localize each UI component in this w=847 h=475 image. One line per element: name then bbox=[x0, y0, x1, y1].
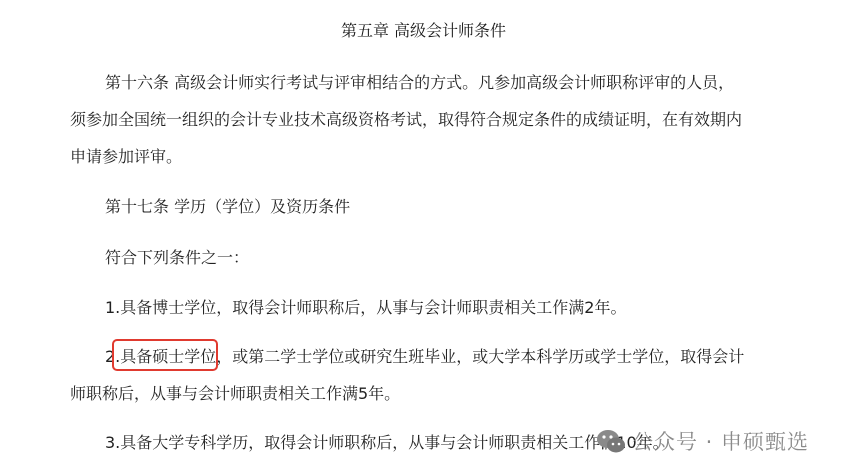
article-16-line-2: 须参加全国统一组织的会计专业技术高级资格考试，取得符合规定条件的成绩证明，在有效… bbox=[70, 109, 750, 131]
article-16-line-1: 第十六条 高级会计师实行考试与评审相结合的方式。凡参加高级会计师职称评审的人员， bbox=[105, 72, 785, 94]
condition-item-1: 1.具备博士学位，取得会计师职称后，从事与会计师职责相关工作满2年。 bbox=[105, 297, 785, 319]
watermark-text: 公众号 · 申硕甄选 bbox=[632, 426, 809, 456]
condition-item-2-cont: 师职称后，从事与会计师职责相关工作满5年。 bbox=[70, 383, 750, 405]
document-page: 第五章 高级会计师条件 第十六条 高级会计师实行考试与评审相结合的方式。凡参加高… bbox=[0, 0, 847, 475]
watermark: 公众号 · 申硕甄选 bbox=[596, 424, 809, 458]
article-17-heading: 第十七条 学历（学位）及资历条件 bbox=[105, 196, 785, 218]
article-16-cont: 须参加全国统一组织的会计专业技术高级资格考试，取得符合规定条件的成绩证明，在有效… bbox=[70, 109, 750, 131]
item-2-rest: ，或第二学士学位或研究生班毕业，或大学本科学历或学士学位，取得会计 bbox=[216, 347, 744, 366]
chapter-title: 第五章 高级会计师条件 bbox=[0, 20, 847, 42]
article-16: 第十六条 高级会计师实行考试与评审相结合的方式。凡参加高级会计师职称评审的人员， bbox=[105, 72, 785, 94]
article-16-line-3: 申请参加评审。 bbox=[70, 146, 750, 168]
article-16-cont2: 申请参加评审。 bbox=[70, 146, 750, 168]
wechat-icon bbox=[596, 428, 626, 454]
article-17-intro: 符合下列条件之一： bbox=[105, 247, 785, 269]
highlight-box bbox=[112, 339, 218, 371]
